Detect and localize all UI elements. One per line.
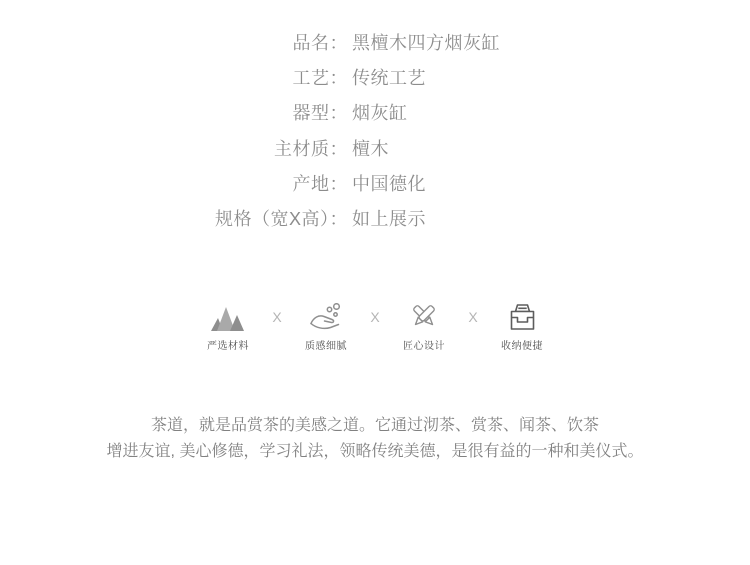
spec-row-size: 规格（宽X高）：如上展示 [0,202,750,237]
spec-label: 器型： [178,96,348,131]
spec-value: 烟灰缸 [352,103,408,123]
product-detail-page: 品名：黑檀木四方烟灰缸 工艺：传统工艺 器型：烟灰缸 主材质：檀木 产地：中国德… [0,0,750,565]
spec-row-craft: 工艺：传统工艺 [0,61,750,96]
spec-value: 如上展示 [352,209,426,229]
description-line-1: 茶道，就是品赏茶的美感之道。它通过沏茶、赏茶、闻茶、饮茶 [0,413,750,439]
feature-row: 严选材料 X 质感细腻 X [0,303,750,352]
spec-value: 中国德化 [352,174,426,194]
feature-label: 质感细腻 [305,337,347,352]
crossed-pens-icon [409,303,439,331]
spec-label: 规格（宽X高）： [178,202,348,237]
spec-value: 檀木 [352,139,389,159]
feature-storage: 收纳便捷 [487,303,557,352]
mountain-icon [211,306,245,331]
spec-value: 传统工艺 [352,68,426,88]
spec-row-product-name: 品名：黑檀木四方烟灰缸 [0,26,750,61]
feature-separator: X [361,303,389,324]
spec-label: 产地： [178,167,348,202]
feature-label: 严选材料 [207,337,249,352]
spec-row-shape: 器型：烟灰缸 [0,96,750,131]
feature-label: 收纳便捷 [501,337,543,352]
spec-label: 主材质： [178,132,348,167]
feature-separator: X [459,303,487,324]
spec-value: 黑檀木四方烟灰缸 [352,33,500,53]
feature-fine-texture: 质感细腻 [291,303,361,352]
feature-label: 匠心设计 [403,337,445,352]
feature-design: 匠心设计 [389,303,459,352]
hand-texture-icon [309,303,343,331]
feature-separator: X [263,303,291,324]
storage-box-icon [507,303,538,331]
spec-label: 品名： [178,26,348,61]
spec-label: 工艺： [178,61,348,96]
feature-selected-materials: 严选材料 [193,303,263,352]
spec-row-material: 主材质：檀木 [0,132,750,167]
description-line-2: 增进友谊, 美心修德，学习礼法，领略传统美德，是很有益的一种和美仪式。 [0,439,750,465]
spec-list: 品名：黑檀木四方烟灰缸 工艺：传统工艺 器型：烟灰缸 主材质：檀木 产地：中国德… [0,26,750,237]
product-description: 茶道，就是品赏茶的美感之道。它通过沏茶、赏茶、闻茶、饮茶 增进友谊, 美心修德，… [0,413,750,464]
spec-row-origin: 产地：中国德化 [0,167,750,202]
